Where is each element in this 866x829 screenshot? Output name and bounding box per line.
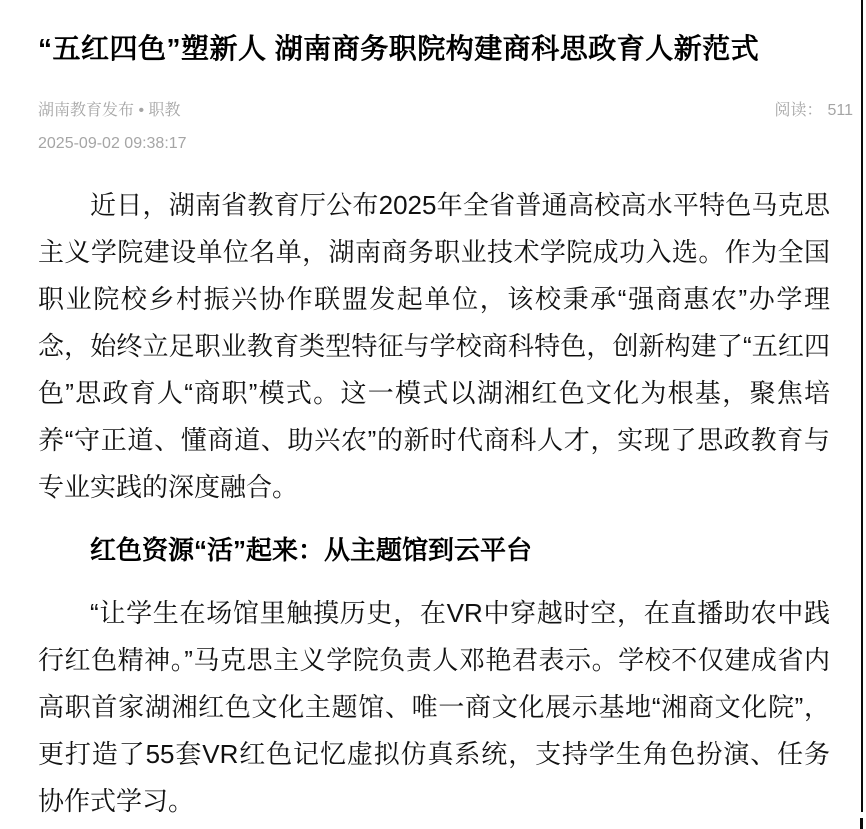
- read-label: 阅读：: [774, 102, 822, 119]
- article-body: 近日，湖南省教育厅公布2025年全省普通高校高水平特色马克思主义学院建设单位名单…: [0, 182, 866, 825]
- right-edge-border: [861, 0, 863, 812]
- article-header: “五红四色”塑新人 湖南商务职院构建商科思政育人新范式 湖南教育发布 • 职教 …: [0, 0, 866, 155]
- scrollbar-thumb[interactable]: [860, 818, 863, 829]
- read-count: 511: [827, 102, 853, 119]
- article-meta: 湖南教育发布 • 职教 2025-09-02 09:38:17 阅读：511: [38, 100, 830, 155]
- source-label: 湖南教育发布 • 职教: [38, 100, 830, 122]
- paragraph-1: 近日，湖南省教育厅公布2025年全省普通高校高水平特色马克思主义学院建设单位名单…: [38, 182, 830, 511]
- page-title: “五红四色”塑新人 湖南商务职院构建商科思政育人新范式: [38, 0, 830, 68]
- section-heading: 红色资源“活”起来：从主题馆到云平台: [38, 527, 830, 574]
- read-counter: 阅读：511: [774, 100, 853, 122]
- publish-datetime: 2025-09-02 09:38:17: [38, 133, 830, 155]
- article-page: “五红四色”塑新人 湖南商务职院构建商科思政育人新范式 湖南教育发布 • 职教 …: [0, 0, 866, 829]
- paragraph-2: “让学生在场馆里触摸历史，在VR中穿越时空，在直播助农中践行红色精神。”马克思主…: [38, 590, 830, 825]
